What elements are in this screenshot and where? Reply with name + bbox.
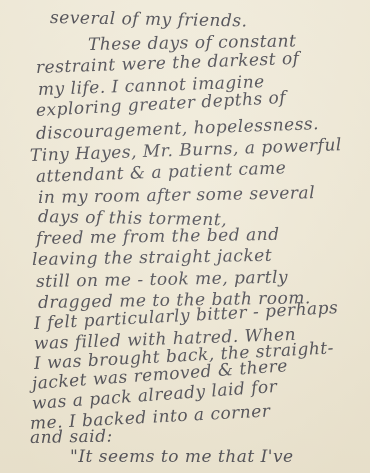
letter-page: several of my friends. These days of con… — [0, 0, 370, 473]
handwritten-line: leaving the straight jacket — [32, 246, 272, 270]
handwritten-line: several of my friends. — [50, 8, 248, 31]
handwritten-line: in my room after some several — [38, 183, 315, 208]
handwritten-line: and said: — [30, 427, 113, 448]
handwritten-line: "It seems to me that I've — [70, 447, 294, 467]
